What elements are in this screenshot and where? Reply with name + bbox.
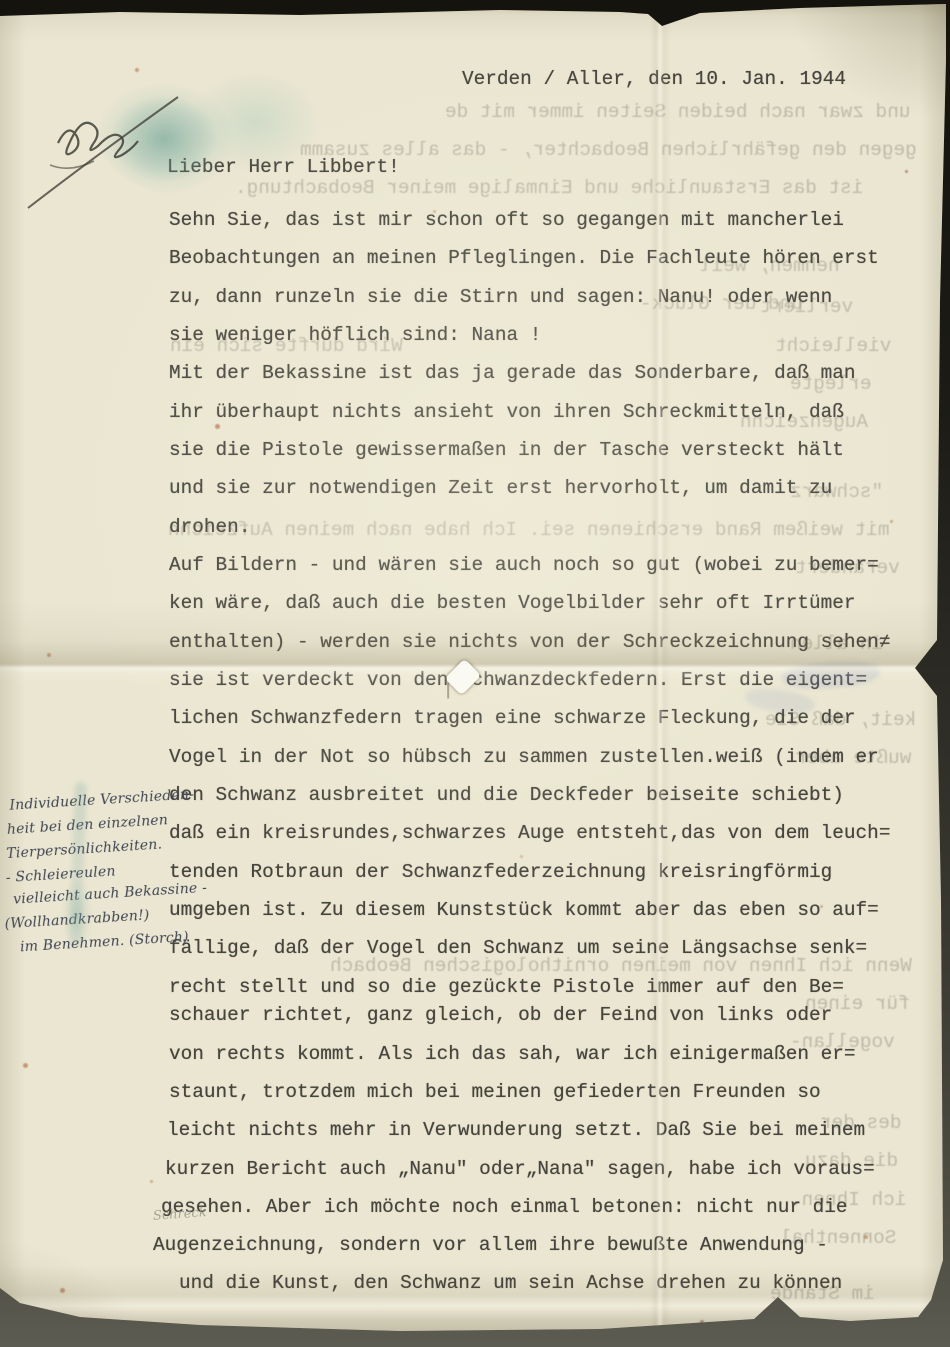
letter-page: und zwar nach beiden Seiten immer mit de… [0,0,950,1347]
foxing-spot [47,653,51,657]
foxing-spot [60,1288,65,1293]
foxing-spot [520,855,523,858]
foxing-spot [700,1320,704,1324]
scanned-letter-background: und zwar nach beiden Seiten immer mit de… [0,0,950,1347]
foxing-spot [23,1063,28,1068]
foxing-spot [433,210,436,213]
foxing-spot [890,520,893,523]
foxing-spot [905,170,908,173]
foxing-spot [135,68,139,72]
foxing-spot [243,0,252,9]
foxing-spot [150,1180,153,1183]
foxing-spot [215,424,220,429]
foxing-spot [330,1338,336,1344]
foxing-spot [391,2,396,7]
foxing-spot [864,1235,868,1239]
foxing-spot [820,905,823,908]
